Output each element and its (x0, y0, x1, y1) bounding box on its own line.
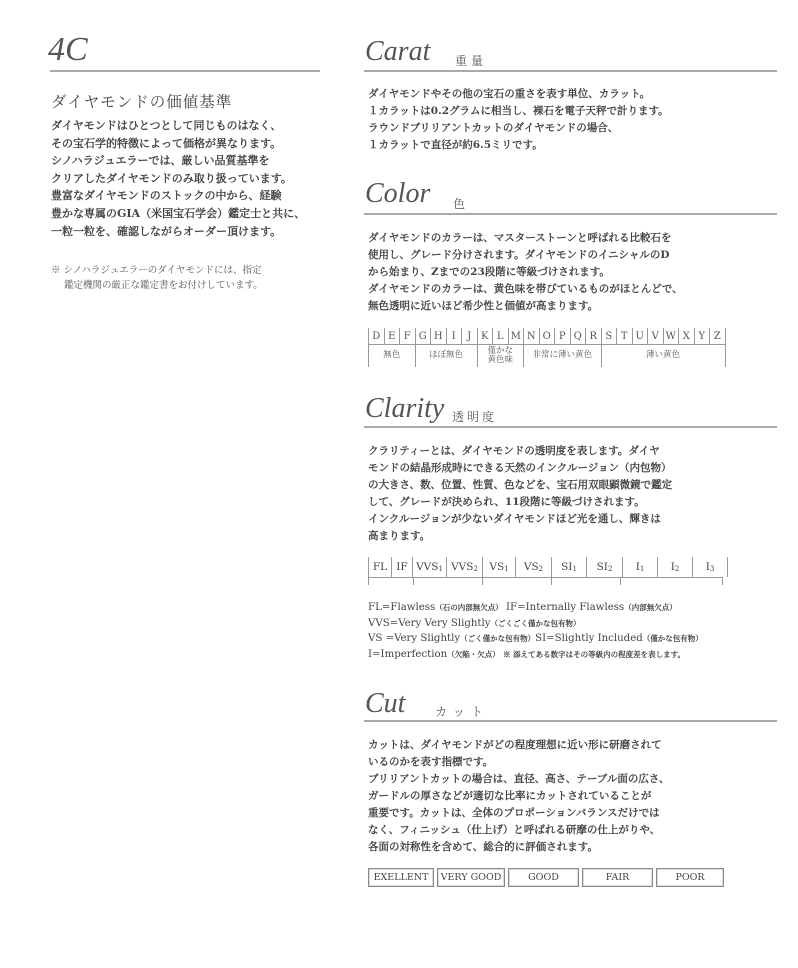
grade-cell: H (431, 328, 447, 345)
group-very-light-yellow: 非常に薄い黄色 (524, 345, 602, 368)
group-tick (722, 577, 723, 585)
section-title-clarity: Clarity (365, 393, 444, 425)
intro-text: ダイヤモンドはひとつとして同じものはなく、 その宝石学的特徴によって価格が異なり… (51, 117, 305, 240)
text-line: いるのかを表す指標です。 (368, 754, 669, 771)
grade-cell: VVS1 (413, 557, 447, 577)
text-line: モンドの結晶形成時にできる天然のインクルージョン（内包物） (368, 460, 672, 477)
group-label-line: 僅かな (487, 346, 513, 356)
grade-cell: R (586, 328, 602, 345)
grade-cell: X (679, 328, 695, 345)
text-line: ダイヤモンドやその他の宝石の重さを表す単位、カラット。 (368, 86, 669, 103)
text-line: ※ シノハラジュエラーのダイヤモンドには、指定 (51, 264, 263, 279)
grade-cell: L (493, 328, 509, 345)
text-line: １カラットは0.2グラムに相当し、裸石を電子天秤で計ります。 (368, 103, 669, 120)
cut-grade-poor: POOR (656, 868, 724, 887)
grade-cell: P (555, 328, 571, 345)
grade-cell: E (384, 328, 400, 345)
text-line: から始まり、Zまでの23段階に等級づけされます。 (368, 264, 683, 281)
grade-cell: VS2 (516, 557, 552, 577)
certificate-note: ※ シノハラジュエラーのダイヤモンドには、指定 鑑定機関の厳正な鑑定書をお付けし… (51, 264, 263, 293)
clarity-legend: FL=Flawless（石の内部無欠点） IF=Internally Flawl… (368, 600, 703, 662)
clarity-text: クラリティーとは、ダイヤモンドの透明度を表します。ダイヤ モンドの結晶形成時にで… (368, 443, 672, 545)
text-line: １カラットで直径が約6.5ミリです。 (368, 137, 669, 154)
text-line: 各面の対称性を含めて、総合的に評価されます。 (368, 839, 669, 856)
grade-cell: Y (694, 328, 710, 345)
grade-cell: FL (369, 557, 392, 577)
divider (364, 213, 777, 215)
text-line: ダイヤモンドのカラーは、マスターストーンと呼ばれる比較石を (368, 230, 683, 247)
text-line: 高まります。 (368, 528, 672, 545)
legend-line: FL=Flawless（石の内部無欠点） IF=Internally Flawl… (368, 600, 703, 616)
grade-cell: M (508, 328, 524, 345)
grade-cell: O (539, 328, 555, 345)
cut-grade-fair: FAIR (582, 868, 653, 887)
grade-cell: S (601, 328, 617, 345)
grade-cell: VS1 (483, 557, 516, 577)
divider (364, 70, 777, 72)
text-line: 一粒一粒を、確認しながらオーダー頂けます。 (51, 223, 305, 241)
color-grade-groups: 無色 ほぼ無色 僅かな黄色味 非常に薄い黄色 薄い黄色 (369, 345, 726, 368)
group-tick (551, 577, 552, 585)
group-light-yellow: 薄い黄色 (601, 345, 725, 368)
grade-cell: SI2 (587, 557, 623, 577)
divider (364, 720, 777, 722)
grade-cell: V (648, 328, 664, 345)
text-line: ダイヤモンドはひとつとして同じものはなく、 (51, 117, 305, 135)
color-text: ダイヤモンドのカラーは、マスターストーンと呼ばれる比較石を 使用し、グレード分け… (368, 230, 683, 315)
divider (364, 426, 777, 428)
grade-cell: K (477, 328, 493, 345)
group-colorless: 無色 (369, 345, 416, 368)
group-tick (482, 577, 483, 585)
logo-4c: 4C (48, 30, 88, 70)
text-line: 豊かな専属のGIA（米国宝石学会）鑑定士と共に、 (51, 205, 305, 223)
grade-cell: IF (392, 557, 413, 577)
text-line: カットは、ダイヤモンドがどの程度理想に近い形に研磨されて (368, 737, 669, 754)
grade-cell: W (663, 328, 679, 345)
text-line: ガードルの厚さなどが適切な比率にカットされていることが (368, 788, 669, 805)
grade-cell: T (617, 328, 633, 345)
grade-cell: I1 (623, 557, 658, 577)
grade-cell: Z (710, 328, 726, 345)
grade-cell: J (462, 328, 478, 345)
divider (368, 577, 722, 578)
text-line: なく、フィニッシュ（仕上げ）と呼ばれる研摩の仕上がりや、 (368, 822, 669, 839)
carat-text: ダイヤモンドやその他の宝石の重さを表す単位、カラット。 １カラットは0.2グラム… (368, 86, 669, 154)
group-faint-yellow: 僅かな黄色味 (477, 345, 524, 368)
color-grade-scale: D E F G H I J K L M N O P Q R S T U V W … (368, 328, 726, 367)
text-line: クラリティーとは、ダイヤモンドの透明度を表します。ダイヤ (368, 443, 672, 460)
legend-line: I=Imperfection（欠陥・欠点） ※ 添えてある数字はその等級内の程度… (368, 647, 703, 663)
cut-grade-excellent: EXELLENT (368, 868, 434, 887)
cut-grade-scale: EXELLENT VERY GOOD GOOD FAIR POOR (368, 868, 724, 887)
cut-grade-good: GOOD (508, 868, 579, 887)
section-title-color: Color (365, 178, 430, 210)
text-line: 豊富なダイヤモンドのストックの中から、経験 (51, 187, 305, 205)
grade-cell: SI1 (552, 557, 587, 577)
text-line: 鑑定機関の厳正な鑑定書をお付けしています。 (51, 279, 263, 294)
page-heading: ダイヤモンドの価値基準 (51, 90, 232, 112)
group-near-colorless: ほぼ無色 (415, 345, 477, 368)
section-subtitle-clarity: 透明度 (452, 408, 497, 425)
grade-cell: F (400, 328, 416, 345)
divider (50, 70, 320, 72)
grade-cell: U (632, 328, 648, 345)
text-line: ブリリアントカットの場合は、直径、高さ、テーブル面の広さ、 (368, 771, 669, 788)
legend-line: VS =Very Slightly（ごく僅かな包有物）SI=Slightly I… (368, 631, 703, 647)
text-line: シノハラジュエラーでは、厳しい品質基準を (51, 152, 305, 170)
text-line: 重要です。カットは、全体のプロポーションバランスだけでは (368, 805, 669, 822)
text-line: その宝石学的特徴によって価格が異なります。 (51, 135, 305, 153)
grade-cell: Q (570, 328, 586, 345)
grade-cell: VVS2 (447, 557, 483, 577)
group-label-line: 黄色味 (487, 355, 513, 365)
group-tick (368, 577, 369, 585)
grade-cell: G (415, 328, 431, 345)
color-grade-letters: D E F G H I J K L M N O P Q R S T U V W … (369, 328, 726, 345)
section-title-cut: Cut (365, 688, 405, 720)
section-subtitle-color: 色 (453, 195, 469, 212)
clarity-grade-scale: FL IF VVS1 VVS2 VS1 VS2 SI1 SI2 I1 I2 I3 (368, 557, 728, 577)
group-tick (620, 577, 621, 585)
grade-cell: D (369, 328, 385, 345)
section-title-carat: Carat (365, 36, 430, 68)
text-line: して、グレードが決められ、11段階に等級づけされます。 (368, 494, 672, 511)
text-line: クリアしたダイヤモンドのみ取り扱っています。 (51, 170, 305, 188)
text-line: ダイヤモンドのカラーは、黄色味を帯びているものがほとんどで、 (368, 281, 683, 298)
cut-grade-very-good: VERY GOOD (437, 868, 505, 887)
group-tick (413, 577, 414, 585)
text-line: 無色透明に近いほど希少性と価値が高まります。 (368, 298, 683, 315)
legend-line: VVS=Very Very Slightly（ごくごく僅かな包有物） (368, 616, 703, 632)
grade-cell: N (524, 328, 540, 345)
cut-text: カットは、ダイヤモンドがどの程度理想に近い形に研磨されて いるのかを表す指標です… (368, 737, 669, 856)
grade-cell: I3 (693, 557, 728, 577)
text-line: インクルージョンが少ないダイヤモンドほど光を通し、輝きは (368, 511, 672, 528)
grade-cell: I (446, 328, 462, 345)
text-line: 使用し、グレード分けされます。ダイヤモンドのイニシャルのD (368, 247, 683, 264)
text-line: の大きさ、数、位置、性質、色などを、宝石用双眼顕微鏡で鑑定 (368, 477, 672, 494)
section-subtitle-carat: 重量 (455, 52, 487, 69)
text-line: ラウンドブリリアントカットのダイヤモンドの場合、 (368, 120, 669, 137)
grade-cell: I2 (658, 557, 693, 577)
section-subtitle-cut: カット (435, 703, 489, 720)
